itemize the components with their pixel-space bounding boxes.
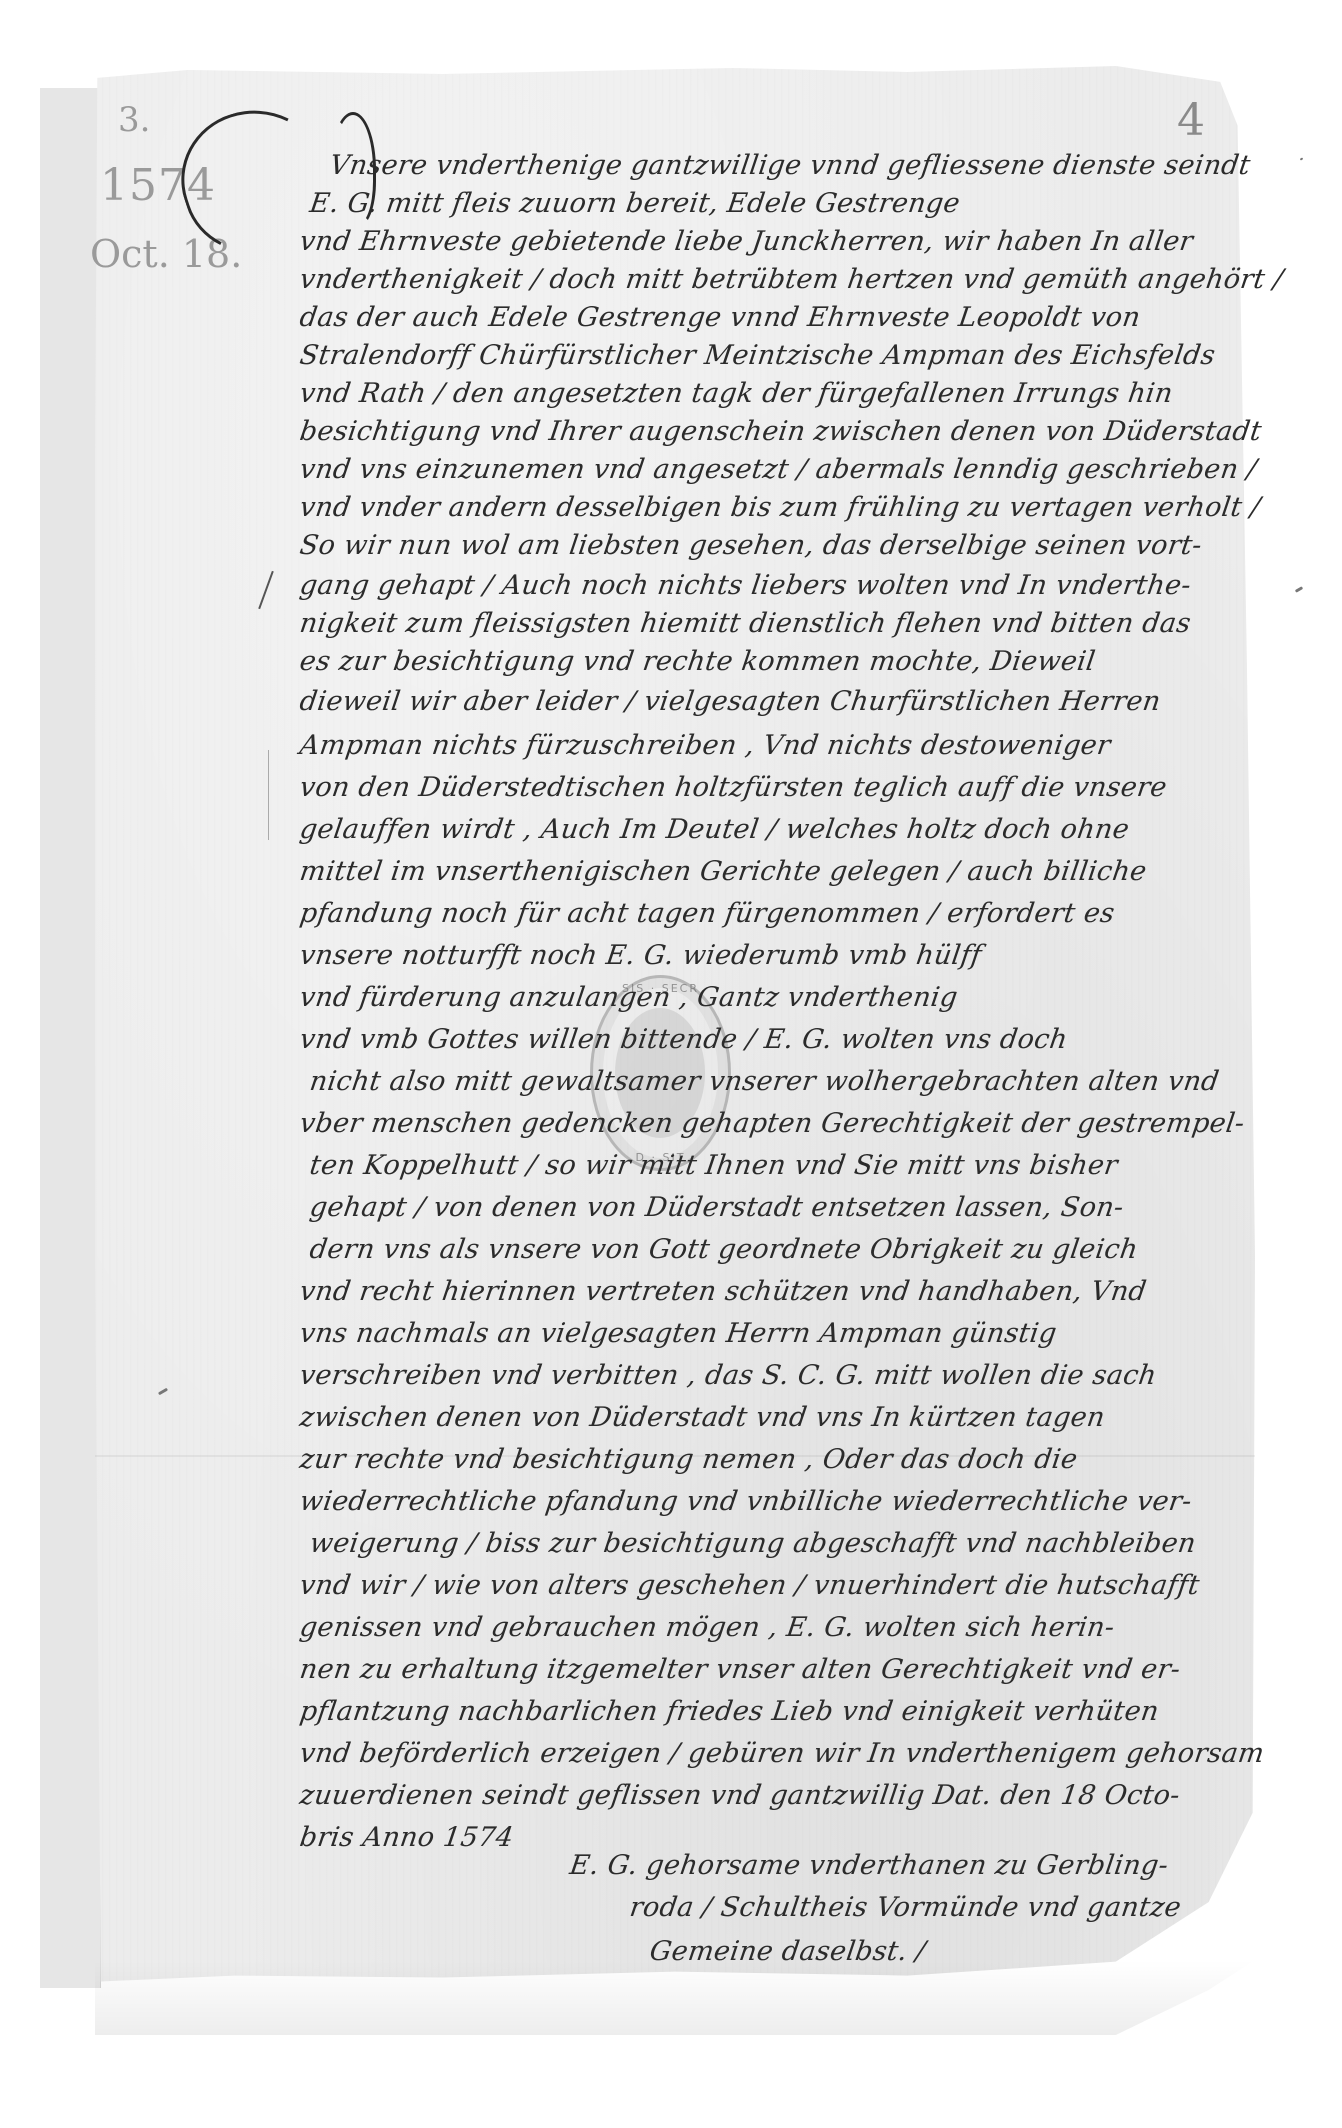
text-line: von den Düderstedtischen holtzfürsten te… xyxy=(298,772,1169,803)
text-line: vnd vnder andern desselbigen bis zum frü… xyxy=(298,492,1263,523)
text-line: weigerung / biss zur besichtigung abgesc… xyxy=(308,1528,1198,1559)
text-line: dern vns als vnsere von Gott geordnete O… xyxy=(308,1234,1140,1265)
text-line: vber menschen gedencken gehapten Gerecht… xyxy=(298,1108,1247,1139)
text-line: bris Anno 1574 xyxy=(298,1822,516,1853)
text-line: vnd Rath / den angesetzten tagk der fürg… xyxy=(298,378,1175,409)
text-line: Vnsere vnderthenige gantzwillige vnnd ge… xyxy=(328,150,1253,181)
page-bottom-shadow xyxy=(95,1960,1255,2035)
text-line: es zur besichtigung vnd rechte kommen mo… xyxy=(298,646,1098,677)
text-line: vns nachmals an vielgesagten Herrn Ampma… xyxy=(298,1318,1059,1349)
text-line: vnderthenigkeit / doch mitt betrübtem he… xyxy=(298,264,1285,295)
text-line: zuuerdienen seindt geflissen vnd gantzwi… xyxy=(298,1780,1182,1811)
text-line: genissen vnd gebrauchen mögen , E. G. wo… xyxy=(298,1612,1117,1643)
paper-speck xyxy=(1300,157,1304,160)
text-line: das der auch Edele Gestrenge vnnd Ehrnve… xyxy=(298,302,1143,333)
margin-line xyxy=(268,750,269,840)
text-line: zur rechte vnd besichtigung nemen , Oder… xyxy=(298,1444,1080,1475)
text-line: So wir nun wol am liebsten gesehen, das … xyxy=(298,530,1204,561)
manuscript-scan: 3. 1574 Oct. 18. 4 SIS · SECR D · SIT Vn… xyxy=(0,0,1342,2128)
text-line: nen zu erhaltung itzgemelter vnser alten… xyxy=(298,1654,1183,1685)
text-line: vnd beförderlich erzeigen / gebüren wir … xyxy=(298,1738,1266,1769)
text-line: E. G. mitt fleis zuuorn bereit, Edele Ge… xyxy=(308,188,962,219)
signature-line: roda / Schultheis Vormünde vnd gantze xyxy=(628,1892,1183,1923)
text-line: pflantzung nachbarlichen friedes Lieb vn… xyxy=(298,1696,1161,1727)
archive-number-mark: 3. xyxy=(118,100,150,140)
text-line: gang gehapt / Auch noch nichts liebers w… xyxy=(298,570,1193,601)
text-line: gelauffen wirdt , Auch Im Deutel / welch… xyxy=(298,814,1131,845)
text-line: nicht also mitt gewaltsamer vnserer wolh… xyxy=(308,1066,1221,1097)
text-line: vnd recht hierinnen vertreten schützen v… xyxy=(298,1276,1149,1307)
text-line: vnd vns einzunemen vnd angesetzt / aberm… xyxy=(298,454,1259,485)
text-line: gehapt / von denen von Düderstadt entset… xyxy=(308,1192,1126,1223)
text-line: besichtigung vnd Ihrer augenschein zwisc… xyxy=(298,416,1264,447)
folded-paper-edge xyxy=(40,88,101,1988)
paper-speck xyxy=(1295,586,1303,593)
text-line: zwischen denen von Düderstadt vnd vns In… xyxy=(298,1402,1107,1433)
folio-number: 4 xyxy=(1177,95,1205,146)
text-line: dieweil wir aber leider / vielgesagten C… xyxy=(298,686,1163,717)
text-line: vnsere notturfft noch E. G. wiederumb vm… xyxy=(298,940,984,971)
text-line: vnd fürderung anzulangen , Gantz vnderth… xyxy=(298,982,960,1013)
signature-line: Gemeine daselbst. / xyxy=(648,1936,928,1967)
text-line: ten Koppelhutt / so wir mitt Ihnen vnd S… xyxy=(308,1150,1120,1181)
text-line: vnd Ehrnveste gebietende liebe Junckherr… xyxy=(298,226,1195,257)
text-line: nigkeit zum fleissigsten hiemitt dienstl… xyxy=(298,608,1193,639)
text-line: pfandung noch für acht tagen fürgenommen… xyxy=(298,898,1117,929)
text-line: vnd wir / wie von alters geschehen / vnu… xyxy=(298,1570,1202,1601)
text-line: Stralendorff Chürfürstlicher Meintzische… xyxy=(298,340,1217,371)
text-line: Ampman nichts fürzuschreiben , Vnd nicht… xyxy=(298,730,1113,761)
text-line: mittel im vnserthenigischen Gerichte gel… xyxy=(298,856,1149,887)
signature-line: E. G. gehorsame vnderthanen zu Gerbling- xyxy=(568,1850,1170,1881)
text-line: vnd vmb Gottes willen bittende / E. G. w… xyxy=(298,1024,1070,1055)
text-line: wiederrechtliche pfandung vnd vnbilliche… xyxy=(298,1486,1194,1517)
text-line: verschreiben vnd verbitten , das S. C. G… xyxy=(298,1360,1159,1391)
